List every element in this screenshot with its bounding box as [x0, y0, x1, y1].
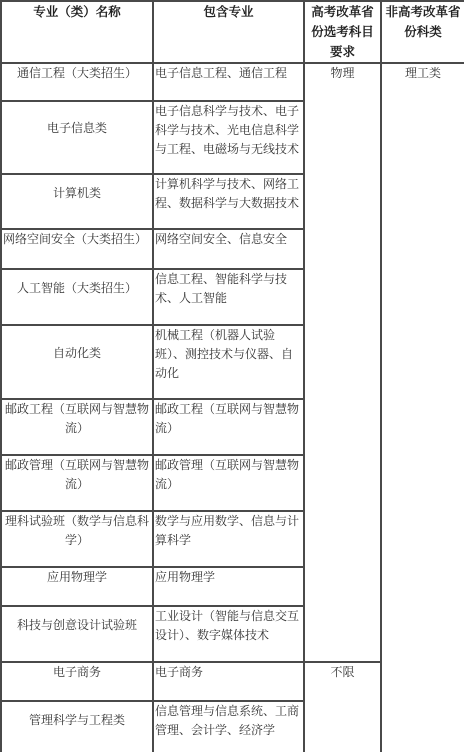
majors-table: 专业（类）名称 包含专业 高考改革省份选考科目要求 非高考改革省份科类 通信工程… — [0, 0, 464, 752]
included-majors: 电子商务 — [153, 662, 304, 701]
included-majors: 信息管理与信息系统、工商管理、会计学、经济学 — [153, 701, 304, 752]
major-name: 人工智能（大类招生） — [1, 269, 153, 325]
nonreform-category-science-engineering: 理工类 — [381, 63, 464, 752]
header-row: 专业（类）名称 包含专业 高考改革省份选考科目要求 非高考改革省份科类 — [1, 1, 464, 63]
major-name: 应用物理学 — [1, 567, 153, 606]
major-name: 科技与创意设计试验班 — [1, 606, 153, 662]
major-name: 电子信息类 — [1, 101, 153, 174]
major-name: 电子商务 — [1, 662, 153, 701]
included-majors: 邮政工程（互联网与智慧物流） — [153, 399, 304, 455]
header-major-name: 专业（类）名称 — [1, 1, 153, 63]
major-name: 自动化类 — [1, 325, 153, 399]
major-name: 邮政管理（互联网与智慧物流） — [1, 455, 153, 511]
major-name: 理科试验班（数学与信息科学） — [1, 511, 153, 567]
major-name: 通信工程（大类招生） — [1, 63, 153, 101]
table-row: 通信工程（大类招生） 电子信息工程、通信工程 物理 理工类 — [1, 63, 464, 101]
header-included-majors: 包含专业 — [153, 1, 304, 63]
header-nonreform-category: 非高考改革省份科类 — [381, 1, 464, 63]
included-majors: 应用物理学 — [153, 567, 304, 606]
included-majors: 机械工程（机器人试验班）、测控技术与仪器、自动化 — [153, 325, 304, 399]
included-majors: 信息工程、智能科学与技术、人工智能 — [153, 269, 304, 325]
major-name: 管理科学与工程类 — [1, 701, 153, 752]
reform-requirement-physics: 物理 — [304, 63, 381, 662]
included-majors: 工业设计（智能与信息交互设计）、数字媒体技术 — [153, 606, 304, 662]
reform-requirement-unrestricted: 不限 — [304, 662, 381, 752]
included-majors: 数学与应用数学、信息与计算科学 — [153, 511, 304, 567]
header-reform-subject-requirement: 高考改革省份选考科目要求 — [304, 1, 381, 63]
included-majors: 计算机科学与技术、网络工程、数据科学与大数据技术 — [153, 174, 304, 229]
included-majors: 网络空间安全、信息安全 — [153, 229, 304, 269]
included-majors: 电子信息工程、通信工程 — [153, 63, 304, 101]
included-majors: 电子信息科学与技术、电子科学与技术、光电信息科学与工程、电磁场与无线技术 — [153, 101, 304, 174]
major-name: 网络空间安全（大类招生） — [1, 229, 153, 269]
major-name: 邮政工程（互联网与智慧物流） — [1, 399, 153, 455]
major-name: 计算机类 — [1, 174, 153, 229]
included-majors: 邮政管理（互联网与智慧物流） — [153, 455, 304, 511]
